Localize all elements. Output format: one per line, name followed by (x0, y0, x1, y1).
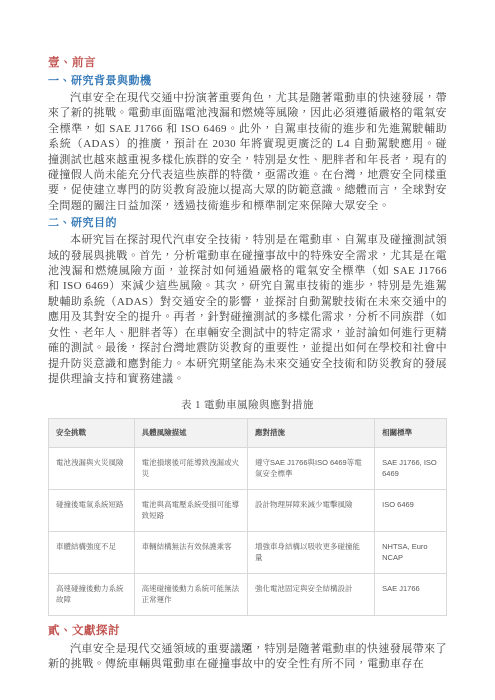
table-cell: 電池洩漏與火災風險 (49, 447, 135, 489)
table-cell: SAE J1766, ISO 6469 (375, 447, 447, 489)
risk-table: 安全挑戰 具體風險描述 應對措施 相關標準 電池洩漏與火災風險 電池損壞後可能導… (48, 418, 447, 616)
table-cell: 電池與高電壓系統受損可能導致短路 (134, 489, 247, 531)
table-cell: ISO 6469 (375, 489, 447, 531)
section-heading-intro: 壹、前言 (48, 56, 447, 71)
document-page: 壹、前言 一、研究背景與動機 汽車安全在現代交通中扮演著重要角色，尤其是隨著電動… (0, 0, 495, 700)
table-cell: NHTSA, Euro NCAP (375, 531, 447, 573)
table-cell: 強化電池固定與安全結構設計 (247, 573, 374, 615)
table-cell: 增強車身結構以吸收更多碰撞能量 (247, 531, 374, 573)
table-row: 高速碰撞後動力系統故障 高速碰撞後動力系統可能無法正常運作 強化電池固定與安全結… (49, 573, 447, 615)
table-cell: 碰撞後電氣系統短路 (49, 489, 135, 531)
table-cell: 高速碰撞後動力系統可能無法正常運作 (134, 573, 247, 615)
table-caption: 表 1 電動車風險與應對措施 (48, 397, 447, 412)
table-cell: 設計物理屏障來減少電擊風險 (247, 489, 374, 531)
table-header-cell: 相關標準 (375, 419, 447, 448)
page-number: 2 (0, 642, 495, 652)
table-header-row: 安全挑戰 具體風險描述 應對措施 相關標準 (49, 419, 447, 448)
section-heading-literature: 貳、文獻探討 (48, 624, 447, 639)
table-row: 車體結構強度不足 車輛結構無法有效保護乘客 增強車身結構以吸收更多碰撞能量 NH… (49, 531, 447, 573)
table-cell: 電池損壞後可能導致洩漏或火災 (134, 447, 247, 489)
table-header-cell: 具體風險描述 (134, 419, 247, 448)
table-row: 碰撞後電氣系統短路 電池與高電壓系統受損可能導致短路 設計物理屏障來減少電擊風險… (49, 489, 447, 531)
subsection-heading-purpose: 二、研究目的 (48, 216, 447, 231)
table-cell: 遵守SAE J1766與ISO 6469等電氣安全標準 (247, 447, 374, 489)
table-cell: SAE J1766 (375, 573, 447, 615)
paragraph-purpose: 本研究旨在探討現代汽車安全技術，特別是在電動車、自駕車及碰撞測試領域的發展與挑戰… (48, 233, 447, 387)
subsection-heading-background: 一、研究背景與動機 (48, 74, 447, 89)
table-cell: 高速碰撞後動力系統故障 (49, 573, 135, 615)
paragraph-background: 汽車安全在現代交通中扮演著重要角色，尤其是隨著電動車的快速發展，帶來了新的挑戰。… (48, 91, 447, 214)
table-cell: 車體結構強度不足 (49, 531, 135, 573)
table-cell: 車輛結構無法有效保護乘客 (134, 531, 247, 573)
table-header-cell: 安全挑戰 (49, 419, 135, 448)
table-header-cell: 應對措施 (247, 419, 374, 448)
table-row: 電池洩漏與火災風險 電池損壞後可能導致洩漏或火災 遵守SAE J1766與ISO… (49, 447, 447, 489)
